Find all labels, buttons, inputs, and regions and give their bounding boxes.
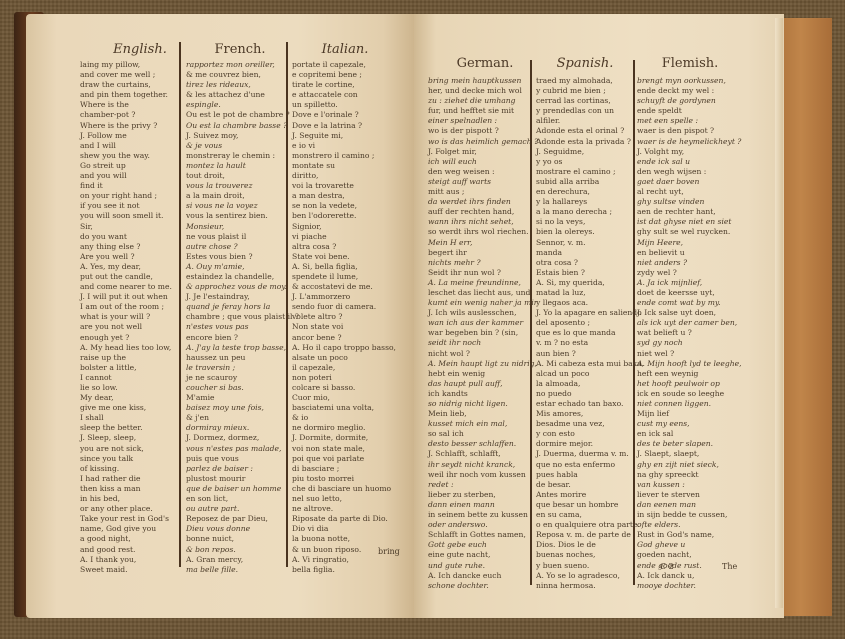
text-line: hebt ein wenig <box>428 369 538 379</box>
text-line: niet wel ? <box>637 349 742 359</box>
text-line: & les attachez d'une <box>186 90 299 100</box>
text-line: Where is the <box>80 100 172 110</box>
text-line: A. Mi cabeza esta mui baxa, <box>536 359 644 369</box>
text-line: brengt myn oorkussen, <box>637 76 742 86</box>
text-line: My dear, <box>80 393 172 403</box>
text-line: subid alla arriba <box>536 177 644 187</box>
text-line: no puedo <box>536 389 644 399</box>
text-line: diritto, <box>292 171 396 181</box>
text-line: montate su <box>292 161 396 171</box>
text-line: le traversin ; <box>186 363 299 373</box>
text-line: steigt auff warts <box>428 177 538 187</box>
catchword-left: bring <box>378 547 400 556</box>
text-line: van kussen : <box>637 480 742 490</box>
text-line: a la main droit, <box>186 191 299 201</box>
text-line: A. My head lies too low, <box>80 343 172 353</box>
text-line: parlez de baiser : <box>186 464 299 474</box>
text-line: laing my pillow, <box>80 60 172 70</box>
text-line: mooye dochter. <box>637 581 742 591</box>
text-line: and good rest. <box>80 545 172 555</box>
text-line: Mein H err, <box>428 238 538 248</box>
text-line: Mijn Heere, <box>637 238 742 248</box>
column-heading-flemish: Flemish. <box>640 56 740 71</box>
text-line: Adonde esta el orinal ? <box>536 126 644 136</box>
signature-mark: C 2 <box>660 562 674 571</box>
text-line: kusset mich ein mal, <box>428 419 538 429</box>
text-line: J. Dormite, dormite, <box>292 433 396 443</box>
text-line: and come nearer to me. <box>80 282 172 292</box>
text-line: Riposate da parte di Dio. <box>292 514 396 524</box>
text-line: doet de keersse uyt, <box>637 288 742 298</box>
text-line: y llegaos aca. <box>536 298 644 308</box>
text-line: Reposez de par Dieu, <box>186 514 299 524</box>
text-line: ben l'odorerette. <box>292 211 396 221</box>
text-line: y yo os <box>536 157 644 167</box>
text-line: basciatemi una volta, <box>292 403 396 413</box>
text-line: so sal ich <box>428 429 538 439</box>
italian-column: portate il capezale,e copritemi bene ;ti… <box>292 60 396 575</box>
text-line: Reposa v. m. de parte de <box>536 530 644 540</box>
text-line: ne dormiro meglio. <box>292 423 396 433</box>
text-line: A. Vi ringratio, <box>292 555 396 565</box>
text-line: vous la trouverez <box>186 181 299 191</box>
text-line: wan ich aus der kammer <box>428 318 538 328</box>
text-line: des te beter slapen. <box>637 439 742 449</box>
text-line: que besar un hombre <box>536 500 644 510</box>
text-line: ma belle fille. <box>186 565 299 575</box>
text-line: A. I thank you, <box>80 555 172 565</box>
text-line: J. Duerma, duerma v. m. <box>536 449 644 459</box>
text-line: ende speldt <box>637 106 742 116</box>
text-line: y cubrid me bien ; <box>536 86 644 96</box>
text-line: buenas noches, <box>536 550 644 560</box>
text-line: het hooft peulwoir op <box>637 379 742 389</box>
text-line: Seidt ihr nun wol ? <box>428 268 538 278</box>
text-line: besadme una vez, <box>536 419 644 429</box>
text-line: wat belieft u ? <box>637 328 742 338</box>
text-line: put out the candle, <box>80 272 172 282</box>
text-line: State voi bene. <box>292 252 396 262</box>
text-line: wann ihrs nicht sehet, <box>428 217 538 227</box>
text-line: chamber-pot ? <box>80 110 172 120</box>
english-column: laing my pillow,and cover me well ;draw … <box>80 60 172 575</box>
text-line: M'amie <box>186 393 299 403</box>
book-cover-right-board <box>780 18 832 616</box>
text-line: di basciare ; <box>292 464 396 474</box>
column-rule <box>179 42 181 567</box>
text-line: A. Si, bella figlia, <box>292 262 396 272</box>
text-line: je ne scauroy <box>186 373 299 383</box>
text-line: name, God give you <box>80 524 172 534</box>
text-line: I am out of the room ; <box>80 302 172 312</box>
text-line: and pin them together. <box>80 90 172 100</box>
catchword-right: The <box>722 562 737 571</box>
text-line: & io <box>292 413 396 423</box>
text-line: J. Folget mir, <box>428 147 538 157</box>
text-line: lieber zu sterben, <box>428 490 538 500</box>
text-line: I had rather die <box>80 474 172 484</box>
text-line: in his bed, <box>80 494 172 504</box>
text-line: monstrero il camino ; <box>292 151 396 161</box>
text-line: che di basciare un huomo <box>292 484 396 494</box>
text-line: heft een weynig <box>637 369 742 379</box>
text-line: Schlafft in Gottes namen, <box>428 530 538 540</box>
text-line: rapportez mon oreiller, <box>186 60 299 70</box>
column-heading-spanish: Spanish. <box>540 56 630 71</box>
spanish-column: traed my almohada,y cubrid me bien ;cerr… <box>536 76 644 591</box>
text-line: vous la sentirez bien. <box>186 211 299 221</box>
text-line: portate il capezale, <box>292 60 396 70</box>
text-line: eine gute nacht, <box>428 550 538 560</box>
text-line: do you want <box>80 232 172 242</box>
text-line: nichts mehr ? <box>428 258 538 268</box>
german-column: bring mein hauptkussenher, und decke mic… <box>428 76 538 591</box>
text-line: A. Ho il capo troppo basso, <box>292 343 396 353</box>
text-line: of kissing. <box>80 464 172 474</box>
text-line: mitt aus ; <box>428 187 538 197</box>
text-line: na ghy spreeckt <box>637 470 742 480</box>
text-line: colcare si basso. <box>292 383 396 393</box>
text-line: a man destra, <box>292 191 396 201</box>
text-line: kumt ein wenig naher ja mir <box>428 298 538 308</box>
text-line: en believit u <box>637 248 742 258</box>
text-line: A. Ouy m'amie, <box>186 262 299 272</box>
text-line: encore bien ? <box>186 333 299 343</box>
text-line: bolster a little, <box>80 363 172 373</box>
text-line: fur, und hefftet sie mit <box>428 106 538 116</box>
text-line: tirez les rideaux, <box>186 80 299 90</box>
text-line: Are you well ? <box>80 252 172 262</box>
text-line: piu tosto morrei <box>292 474 396 484</box>
text-line: plustost mourir <box>186 474 299 484</box>
text-line: sleep the better. <box>80 423 172 433</box>
text-line: chambre ; que vous plaist il ? <box>186 312 299 322</box>
text-line: are you not well <box>80 322 172 332</box>
text-line: find it <box>80 181 172 191</box>
text-line: A. Yo se lo agradesco, <box>536 571 644 581</box>
text-line: waer is den pispot ? <box>637 126 742 136</box>
french-column: rapportez mon oreiller,& me couvrez bien… <box>186 60 299 575</box>
text-line: liever te sterven <box>637 490 742 500</box>
text-line: Signior, <box>292 222 396 232</box>
text-line: vi piache <box>292 232 396 242</box>
text-line: I cannot <box>80 373 172 383</box>
text-line: and you will <box>80 171 172 181</box>
text-line: cust my eens, <box>637 419 742 429</box>
text-line: auff der rechten hand, <box>428 207 538 217</box>
text-line: aen de rechter hant, <box>637 207 742 217</box>
text-line: del aposento ; <box>536 318 644 328</box>
text-line: draw the curtains, <box>80 80 172 90</box>
text-line: dormire mejor. <box>536 439 644 449</box>
text-line: & j'en <box>186 413 299 423</box>
text-line: Dove e l'orinale ? <box>292 110 396 120</box>
text-line: A. Ja ick mijnlief, <box>637 278 742 288</box>
text-line: J. Seguidme, <box>536 147 644 157</box>
text-line: her, und decke mich wol <box>428 86 538 96</box>
text-line: schuyft de gordynen <box>637 96 742 106</box>
text-line: und gute ruhe. <box>428 561 538 571</box>
text-line: sendo fuor di camera. <box>292 302 396 312</box>
text-line: ne altrove. <box>292 504 396 514</box>
text-line: puis que vous <box>186 454 299 464</box>
text-line: einer spelnadlen : <box>428 116 538 126</box>
text-line: on your right hand ; <box>80 191 172 201</box>
text-line: e copritemi bene ; <box>292 70 396 80</box>
text-line: monstreray le chemin : <box>186 151 299 161</box>
text-line: A. Mein haupt ligt zu nidrig, <box>428 359 538 369</box>
text-line: la buona notte, <box>292 534 396 544</box>
text-line: J. Ick salse uyt doen, <box>637 308 742 318</box>
text-line: niet connen liggen. <box>637 399 742 409</box>
text-line: J. Dormez, dormez, <box>186 433 299 443</box>
text-line: ou autre part. <box>186 504 299 514</box>
text-line: baisez moy une fois, <box>186 403 299 413</box>
text-line: ne vous plaist il <box>186 232 299 242</box>
text-line: so werdt ihrs wol riechen. <box>428 227 538 237</box>
text-line: e attaccatele con <box>292 90 396 100</box>
text-line: gaet daer boven <box>637 177 742 187</box>
text-line: dan eenen man <box>637 500 742 510</box>
text-line: en su cama, <box>536 510 644 520</box>
text-line: raise up the <box>80 353 172 363</box>
text-line: bring mein hauptkussen <box>428 76 538 86</box>
text-line: Non state voi <box>292 322 396 332</box>
text-line: pues habla <box>536 470 644 480</box>
column-heading-german: German. <box>440 56 530 71</box>
text-line: ihr seydt nicht kranck, <box>428 460 538 470</box>
text-line: en derechura, <box>536 187 644 197</box>
text-line: met een spelle : <box>637 116 742 126</box>
text-line: voi non state male, <box>292 444 396 454</box>
text-line: J. Yo la apagare en saliendo <box>536 308 644 318</box>
text-line: alfiler. <box>536 116 644 126</box>
text-line: I shall <box>80 413 172 423</box>
text-line: altra cosa ? <box>292 242 396 252</box>
text-line: wo is das heimlich gemach ? <box>428 137 538 147</box>
text-line: de besar. <box>536 480 644 490</box>
text-line: J. Volght my, <box>637 147 742 157</box>
text-line: dormiray mieux. <box>186 423 299 433</box>
text-line: Sir, <box>80 222 172 232</box>
text-line: A. Mijn hooft lyd te leeghe, <box>637 359 742 369</box>
text-line: what is your will ? <box>80 312 172 322</box>
flemish-column: brengt myn oorkussen,ende deckt my wel :… <box>637 76 742 591</box>
text-line: v. m ? no esta <box>536 338 644 348</box>
text-line: Sweet maid. <box>80 565 172 575</box>
text-line: Where is the privy ? <box>80 121 172 131</box>
text-line: spendete il lume, <box>292 272 396 282</box>
text-line: mostrare el camino ; <box>536 167 644 177</box>
text-line: goeden nacht, <box>637 550 742 560</box>
text-line: since you talk <box>80 454 172 464</box>
text-line: A. Gran mercy, <box>186 555 299 565</box>
text-line: tout droit, <box>186 171 299 181</box>
text-line: nel suo letto, <box>292 494 396 504</box>
text-line: aun bien ? <box>536 349 644 359</box>
text-line: ich kandts <box>428 389 538 399</box>
text-line: any thing else ? <box>80 242 172 252</box>
text-line: enough yet ? <box>80 333 172 343</box>
text-line: il capezale, <box>292 363 396 373</box>
text-line: que no esta enfermo <box>536 460 644 470</box>
text-line: Mis amores, <box>536 409 644 419</box>
text-line: A. La meine freundinne, <box>428 278 538 288</box>
text-line: leschet das liecht aus, und <box>428 288 538 298</box>
text-line: bella figlia. <box>292 565 396 575</box>
text-line: Rust in God's name, <box>637 530 742 540</box>
text-line: Estes vous bien ? <box>186 252 299 262</box>
text-line: bonne nuict, <box>186 534 299 544</box>
text-line: Mein lieb, <box>428 409 538 419</box>
text-line: ick en soude so leeghe <box>637 389 742 399</box>
text-line: J. L'ammorzero <box>292 292 396 302</box>
text-line: ist dat ghyse niet en siet <box>637 217 742 227</box>
text-line: ghy en zijt niet sieck, <box>637 460 742 470</box>
column-heading-french: French. <box>195 42 285 57</box>
text-line: que de baiser un homme <box>186 484 299 494</box>
text-line: das haupt pull auff, <box>428 379 538 389</box>
text-line: syd gy noch <box>637 338 742 348</box>
text-line: e io vi <box>292 141 396 151</box>
text-line: Gott gebe euch <box>428 540 538 550</box>
text-line: in sijn bedde te cussen, <box>637 510 742 520</box>
text-line: Ou est la chambre basse ? <box>186 121 299 131</box>
text-line: redet : <box>428 480 538 490</box>
column-heading-italian: Italian. <box>300 42 390 57</box>
text-line: shew you the way. <box>80 151 172 161</box>
text-line: J. Slaept, slaept, <box>637 449 742 459</box>
text-line: manda <box>536 248 644 258</box>
text-line: y prendedlas con un <box>536 106 644 116</box>
text-line: in seinem bette zu kussen <box>428 510 538 520</box>
text-line: A. Ich dancke euch <box>428 571 538 581</box>
text-line: alcad un poco <box>536 369 644 379</box>
text-line: matad la luz, <box>536 288 644 298</box>
text-line: den wegh wijsen : <box>637 167 742 177</box>
text-line: haussez un peu <box>186 353 299 363</box>
text-line: ninna hermosa. <box>536 581 644 591</box>
text-line: Estais bien ? <box>536 268 644 278</box>
text-line: waer is de heymelickheyt ? <box>637 137 742 147</box>
text-line: si vous ne la voyez <box>186 201 299 211</box>
text-line: ancor bene ? <box>292 333 396 343</box>
text-line: & me couvrez bien, <box>186 70 299 80</box>
text-line: y buen sueno. <box>536 561 644 571</box>
text-line: nicht wol ? <box>428 349 538 359</box>
text-line: J. Suivez moy, <box>186 131 299 141</box>
text-line: schone dochter. <box>428 581 538 591</box>
text-line: Adonde esta la privada ? <box>536 137 644 147</box>
text-line: que es lo que manda <box>536 328 644 338</box>
text-line: voi la trovarette <box>292 181 396 191</box>
text-line: begert ihr <box>428 248 538 258</box>
text-line: J. Sleep, sleep, <box>80 433 172 443</box>
text-line: you will soon smell it. <box>80 211 172 221</box>
text-line: ich will euch <box>428 157 538 167</box>
text-line: en ick sal <box>637 429 742 439</box>
column-heading-english: English. <box>95 42 185 57</box>
text-line: n'estes vous pas <box>186 322 299 332</box>
text-line: estar echado tan baxo. <box>536 399 644 409</box>
text-line: un spilletto. <box>292 100 396 110</box>
text-line: vous n'estes pas malade, <box>186 444 299 454</box>
text-line: God gheve u <box>637 540 742 550</box>
text-line: den weg weisen : <box>428 167 538 177</box>
text-line: ende deckt my wel : <box>637 86 742 96</box>
text-line: give me one kiss, <box>80 403 172 413</box>
text-line: J. Ich wils auslesschen, <box>428 308 538 318</box>
text-line: Dieu vous donne <box>186 524 299 534</box>
text-line: J. Schlafft, schlafft, <box>428 449 538 459</box>
text-line: ghy sult se wel ruycken. <box>637 227 742 237</box>
text-line: espingle. <box>186 100 299 110</box>
text-line: da werdet ihrs finden <box>428 197 538 207</box>
text-line: alsate un poco <box>292 353 396 363</box>
text-line: so nidrig nicht ligen. <box>428 399 538 409</box>
text-line: ende ick sal u <box>637 157 742 167</box>
text-line: & accostatevi de me. <box>292 282 396 292</box>
text-line: you are not sick, <box>80 444 172 454</box>
text-line: coucher si bas. <box>186 383 299 393</box>
text-line: oder anderswo. <box>428 520 538 530</box>
page-stack-edge <box>775 18 783 608</box>
text-line: seidt ihr noch <box>428 338 538 348</box>
text-line: y con esto <box>536 429 644 439</box>
text-line: zu : ziehet die umhang <box>428 96 538 106</box>
text-line: & approchez vous de moy. <box>186 282 299 292</box>
text-line: Sennor, v. m. <box>536 238 644 248</box>
text-line: poi que voi parlate <box>292 454 396 464</box>
text-line: y la hallareys <box>536 197 644 207</box>
text-line: J. Seguite mi, <box>292 131 396 141</box>
text-line: niet anders ? <box>637 258 742 268</box>
text-line: ofte elders. <box>637 520 742 530</box>
text-line: & bon repos. <box>186 545 299 555</box>
text-line: Dios. Dios le de <box>536 540 644 550</box>
text-line: J. I will put it out when <box>80 292 172 302</box>
text-line: A. J'ay la teste trop basse, <box>186 343 299 353</box>
text-line: war begeben bin ? (sin, <box>428 328 538 338</box>
text-line: autre chose ? <box>186 242 299 252</box>
text-line: A. Si, my querida, <box>536 278 644 288</box>
text-line: estaindez la chandelle, <box>186 272 299 282</box>
text-line: a good night, <box>80 534 172 544</box>
text-line: volete altro ? <box>292 312 396 322</box>
text-line: A. Yes, my dear, <box>80 262 172 272</box>
text-line: then kiss a man <box>80 484 172 494</box>
text-line: bien la olereys. <box>536 227 644 237</box>
text-line: al recht uyt, <box>637 187 742 197</box>
text-line: ghy sultse vinden <box>637 197 742 207</box>
text-line: Cuor mio, <box>292 393 396 403</box>
text-line: ende comt wat by my. <box>637 298 742 308</box>
text-line: Take your rest in God's <box>80 514 172 524</box>
text-line: and I will <box>80 141 172 151</box>
text-line: zydy wel ? <box>637 268 742 278</box>
text-line: se non la vedete, <box>292 201 396 211</box>
text-line: non poteri <box>292 373 396 383</box>
text-line: A. Ick danck u, <box>637 571 742 581</box>
text-line: wo is der pispott ? <box>428 126 538 136</box>
text-line: dann einen mann <box>428 500 538 510</box>
text-line: Go streit up <box>80 161 172 171</box>
text-line: a la mano derecha ; <box>536 207 644 217</box>
text-line: if you see it not <box>80 201 172 211</box>
text-line: cerrad las cortinas, <box>536 96 644 106</box>
text-line: weil ihr noch vom kussen <box>428 470 538 480</box>
text-line: montez la hault <box>186 161 299 171</box>
